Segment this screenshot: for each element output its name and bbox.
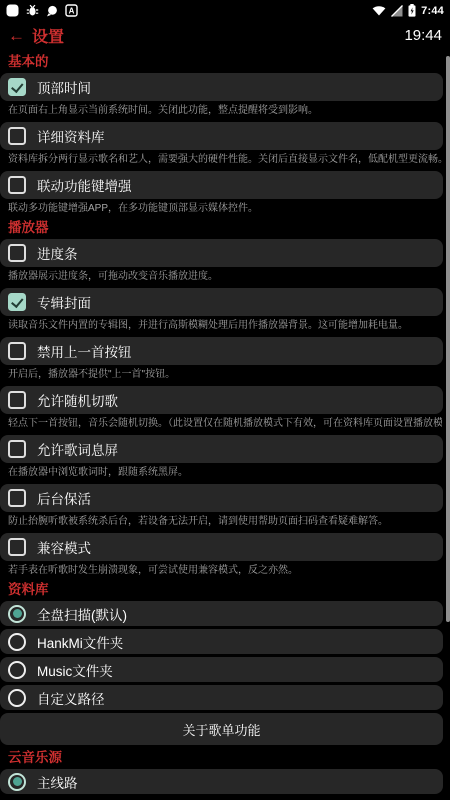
checkbox-unchecked-icon bbox=[8, 538, 26, 556]
radio-row[interactable]: 全盘扫描(默认) bbox=[0, 601, 443, 626]
setting-label: 后台保活 bbox=[37, 488, 91, 508]
radio-row[interactable]: 主线路 bbox=[0, 769, 443, 794]
checkbox-unchecked-icon bbox=[8, 127, 26, 145]
radio-unselected-icon bbox=[8, 689, 26, 707]
svg-text:A: A bbox=[69, 7, 75, 16]
setting-label: 允许随机切歌 bbox=[37, 390, 118, 410]
back-arrow-icon[interactable]: ← bbox=[8, 27, 25, 44]
scrollbar-thumb[interactable] bbox=[446, 56, 450, 622]
setting-label: 自定义路径 bbox=[37, 688, 105, 708]
setting-label: 详细资料库 bbox=[37, 126, 105, 146]
app-square-icon bbox=[6, 4, 19, 17]
no-signal-icon bbox=[391, 5, 403, 17]
setting-description: 开启后，播放器不提供"上一首"按钮。 bbox=[8, 368, 442, 381]
checkbox-unchecked-icon bbox=[8, 342, 26, 360]
app-bar: ← 设置 19:44 bbox=[0, 20, 450, 50]
checkbox-row[interactable]: 后台保活 bbox=[0, 484, 443, 512]
about-playlist-button[interactable]: 关于歌单功能 bbox=[0, 713, 443, 745]
status-bar-time: 7:44 bbox=[421, 5, 444, 17]
setting-description: 读取音乐文件内置的专辑图，并进行高斯模糊处理后用作播放器背景。这可能增加耗电量。 bbox=[8, 319, 442, 332]
checkbox-unchecked-icon bbox=[8, 391, 26, 409]
checkbox-row[interactable]: 专辑封面 bbox=[0, 288, 443, 316]
section-header: 播放器 bbox=[8, 220, 442, 235]
setting-label: 联动功能键增强 bbox=[37, 175, 132, 195]
battery-charging-icon bbox=[408, 4, 416, 17]
checkbox-row[interactable]: 详细资料库 bbox=[0, 122, 443, 150]
checkbox-row[interactable]: 顶部时间 bbox=[0, 73, 443, 101]
setting-label: Music文件夹 bbox=[37, 660, 113, 680]
checkbox-unchecked-icon bbox=[8, 244, 26, 262]
settings-screen: A 7:44 bbox=[0, 0, 450, 800]
setting-label: 禁用上一首按钮 bbox=[37, 341, 132, 361]
setting-label: 进度条 bbox=[37, 243, 78, 263]
checkbox-row[interactable]: 兼容模式 bbox=[0, 533, 443, 561]
section-header: 云音乐源 bbox=[8, 750, 442, 765]
setting-label: 专辑封面 bbox=[37, 292, 91, 312]
status-bar-left-icons: A bbox=[6, 4, 78, 17]
settings-list: 基本的顶部时间在页面右上角显示当前系统时间。关闭此功能，整点提醒将受到影响。详细… bbox=[0, 54, 450, 794]
wifi-icon bbox=[372, 5, 386, 16]
section-header: 基本的 bbox=[8, 54, 442, 69]
checkbox-row[interactable]: 允许歌词息屏 bbox=[0, 435, 443, 463]
radio-selected-icon bbox=[8, 605, 26, 623]
setting-label: HankMi文件夹 bbox=[37, 632, 123, 652]
radio-row[interactable]: HankMi文件夹 bbox=[0, 629, 443, 654]
checkbox-unchecked-icon bbox=[8, 176, 26, 194]
checkbox-unchecked-icon bbox=[8, 489, 26, 507]
app-bar-left: ← 设置 bbox=[8, 24, 64, 47]
checkbox-checked-icon bbox=[8, 293, 26, 311]
radio-unselected-icon bbox=[8, 661, 26, 679]
checkbox-unchecked-icon bbox=[8, 440, 26, 458]
setting-label: 顶部时间 bbox=[37, 77, 91, 97]
checkbox-checked-icon bbox=[8, 78, 26, 96]
setting-label: 主线路 bbox=[37, 772, 78, 792]
setting-description: 若手表在听歌时发生崩溃现象，可尝试使用兼容模式，反之亦然。 bbox=[8, 564, 442, 577]
checkbox-row[interactable]: 允许随机切歌 bbox=[0, 386, 443, 414]
bug-icon bbox=[26, 4, 39, 17]
setting-description: 在页面右上角显示当前系统时间。关闭此功能，整点提醒将受到影响。 bbox=[8, 104, 442, 117]
status-bar: A 7:44 bbox=[0, 0, 450, 20]
setting-description: 播放器展示进度条，可拖动改变音乐播放进度。 bbox=[8, 270, 442, 283]
setting-label: 允许歌词息屏 bbox=[37, 439, 118, 459]
radio-row[interactable]: 自定义路径 bbox=[0, 685, 443, 710]
page-title: 设置 bbox=[32, 24, 64, 47]
section-header: 资料库 bbox=[8, 582, 442, 597]
checkbox-row[interactable]: 进度条 bbox=[0, 239, 443, 267]
setting-description: 联动多功能键增强APP，在多功能键顶部显示媒体控件。 bbox=[8, 202, 442, 215]
setting-description: 资料库拆分两行显示歌名和艺人，需要强大的硬件性能。关闭后直接显示文件名，低配机型… bbox=[8, 153, 442, 166]
auto-letter-a-icon: A bbox=[65, 4, 78, 17]
checkbox-row[interactable]: 禁用上一首按钮 bbox=[0, 337, 443, 365]
setting-description: 在播放器中浏览歌词时，跟随系统黑屏。 bbox=[8, 466, 442, 479]
setting-label: 兼容模式 bbox=[37, 537, 91, 557]
status-bar-right-icons: 7:44 bbox=[372, 4, 444, 17]
radio-selected-icon bbox=[8, 773, 26, 791]
button-label: 关于歌单功能 bbox=[182, 720, 260, 739]
setting-description: 轻点下一首按钮，音乐会随机切换。（此设置仅在随机播放模式下有效，可在资料库页面设… bbox=[8, 417, 442, 430]
chat-bubble-icon bbox=[46, 5, 58, 17]
system-clock: 19:44 bbox=[404, 27, 442, 44]
setting-description: 防止抬腕听歌被系统杀后台，若设备无法开启，请到使用帮助页面扫码查看疑难解答。 bbox=[8, 515, 442, 528]
checkbox-row[interactable]: 联动功能键增强 bbox=[0, 171, 443, 199]
radio-row[interactable]: Music文件夹 bbox=[0, 657, 443, 682]
setting-label: 全盘扫描(默认) bbox=[37, 604, 127, 624]
radio-unselected-icon bbox=[8, 633, 26, 651]
